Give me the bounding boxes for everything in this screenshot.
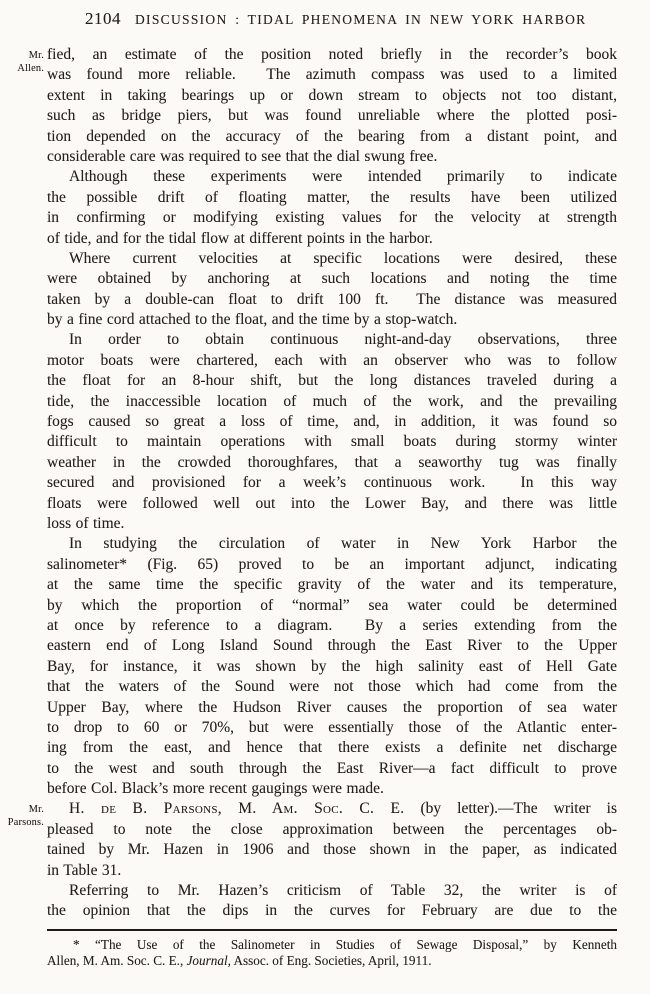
- footnote: * “The Use of the Salinometer in Studies…: [47, 929, 617, 969]
- text-line: floats were followed well out into the L…: [47, 494, 617, 514]
- text-line: in Table 31.: [47, 861, 617, 881]
- text-line: fogs caused so great a loss of time, and…: [47, 412, 617, 432]
- text-line: such as bridge piers, but was found unre…: [47, 106, 617, 126]
- text-line: before Col. Black’s more recent gaugings…: [47, 779, 617, 799]
- footnote-line: Allen, M. Am. Soc. C. E., Journal, Assoc…: [47, 953, 617, 969]
- text-line: considerable care was required to see th…: [47, 147, 617, 167]
- text-line: to the west and south through the East R…: [47, 759, 617, 779]
- paragraph: Mr.Allen.fied, an estimate of the positi…: [47, 45, 617, 167]
- text-line: was found more reliable. The azimuth com…: [47, 65, 617, 85]
- margin-note-line: Parsons.: [2, 817, 44, 830]
- text-line: eastern end of Long Island Sound through…: [47, 636, 617, 656]
- text-line: Bay, for instance, it was shown by the h…: [47, 657, 617, 677]
- text-line: in confirming or modifying existing valu…: [47, 208, 617, 228]
- text-line: by a fine cord attached to the float, an…: [47, 310, 617, 330]
- text-line: to drop to 60 or 70%, but were essential…: [47, 718, 617, 738]
- text-line: taken by a double-can float to drift 100…: [47, 290, 617, 310]
- text-segment: Assoc. of Eng. Societies, April, 1911.: [231, 953, 432, 968]
- text-line: tide, the inaccessible location of much …: [47, 392, 617, 412]
- text-line: the possible drift of floating matter, t…: [47, 188, 617, 208]
- text-line: that the waters of the Sound were not th…: [47, 677, 617, 697]
- document-body: Mr.Allen.fied, an estimate of the positi…: [47, 45, 617, 922]
- scanned-page: 2104 DISCUSSION : TIDAL PHENOMENA IN NEW…: [0, 0, 650, 994]
- text-line: Referring to Mr. Hazen’s criticism of Ta…: [47, 881, 617, 901]
- paragraph: In order to obtain continuous night-and-…: [47, 330, 617, 534]
- text-line: of tide, and for the tidal flow at diffe…: [47, 229, 617, 249]
- paragraph: Mr.Parsons.H. de B. Parsons, M. Am. Soc.…: [47, 799, 617, 881]
- text-line: at once by reference to a diagram. By a …: [47, 616, 617, 636]
- text-line: tion depended on the accuracy of the bea…: [47, 127, 617, 147]
- text-line: extent in taking bearings up or down str…: [47, 86, 617, 106]
- text-line: Where current velocities at specific loc…: [47, 249, 617, 269]
- paragraph: Although these experiments were intended…: [47, 167, 617, 249]
- text-line: In order to obtain continuous night-and-…: [47, 330, 617, 350]
- text-segment: Journal,: [187, 953, 231, 968]
- page-number: 2104: [85, 9, 121, 29]
- text-segment: (by letter).—The writer is: [404, 800, 617, 817]
- text-line: ing from the east, and hence that there …: [47, 738, 617, 758]
- text-line: pleased to note the close approximation …: [47, 820, 617, 840]
- margin-note-line: Mr.: [2, 804, 44, 817]
- margin-note-line: Allen.: [2, 63, 44, 76]
- text-line: by which the proportion of “normal” sea …: [47, 596, 617, 616]
- running-title: DISCUSSION : TIDAL PHENOMENA IN NEW YORK…: [135, 12, 587, 28]
- footnote-rule: [47, 929, 617, 931]
- text-line: secured and provisioned for a week’s con…: [47, 473, 617, 493]
- text-segment: H. de B. Parsons, M. Am. Soc. C. E.: [69, 800, 404, 817]
- text-line: weather in the crowded thoroughfares, th…: [47, 453, 617, 473]
- text-line: In studying the circulation of water in …: [47, 534, 617, 554]
- text-line: H. de B. Parsons, M. Am. Soc. C. E. (by …: [47, 799, 617, 819]
- text-line: the float for an 8-hour shift, but the l…: [47, 371, 617, 391]
- paragraph: Where current velocities at specific loc…: [47, 249, 617, 331]
- text-line: salinometer* (Fig. 65) proved to be an i…: [47, 555, 617, 575]
- text-line: difficult to maintain operations with sm…: [47, 432, 617, 452]
- paragraph: In studying the circulation of water in …: [47, 534, 617, 799]
- text-line: loss of time.: [47, 514, 617, 534]
- margin-note: Mr.Parsons.: [2, 804, 44, 829]
- text-line: tained by Mr. Hazen in 1906 and those sh…: [47, 840, 617, 860]
- footnote-line: * “The Use of the Salinometer in Studies…: [47, 937, 617, 953]
- text-line: the opinion that the dips in the curves …: [47, 901, 617, 921]
- text-line: Although these experiments were intended…: [47, 167, 617, 187]
- text-line: fied, an estimate of the position noted …: [47, 45, 617, 65]
- text-line: motor boats were chartered, each with an…: [47, 351, 617, 371]
- paragraph: Referring to Mr. Hazen’s criticism of Ta…: [47, 881, 617, 922]
- text-line: at the same time the specific gravity of…: [47, 575, 617, 595]
- text-line: were obtained by anchoring at such locat…: [47, 269, 617, 289]
- text-segment: Allen, M. Am. Soc. C. E.,: [47, 953, 187, 968]
- text-line: Upper Bay, where the Hudson River causes…: [47, 698, 617, 718]
- margin-note: Mr.Allen.: [2, 50, 44, 75]
- margin-note-line: Mr.: [2, 50, 44, 63]
- footnote-lines: * “The Use of the Salinometer in Studies…: [47, 937, 617, 969]
- running-header: 2104 DISCUSSION : TIDAL PHENOMENA IN NEW…: [85, 9, 587, 29]
